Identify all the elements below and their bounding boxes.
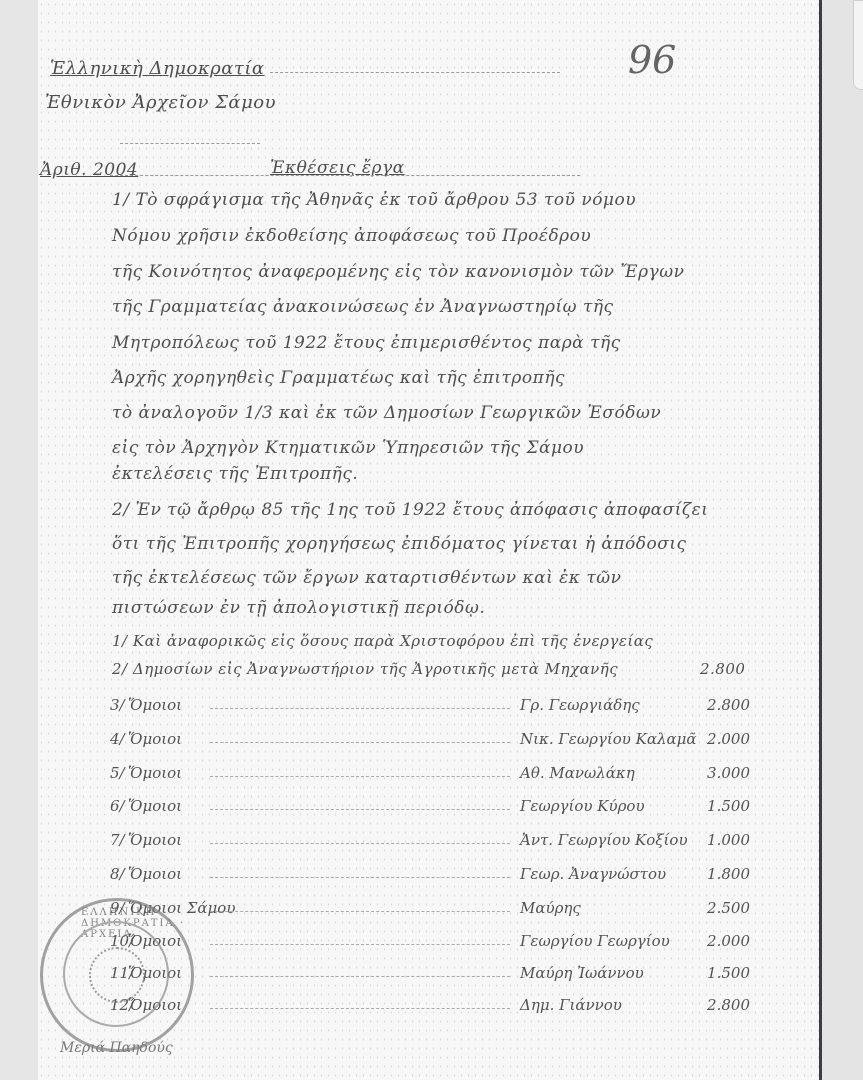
row-leader (210, 911, 510, 912)
body-line: ἐκτελέσεις τῆς Ἐπιτροπῆς. (112, 464, 358, 484)
list-intro-line: 1/ Καὶ ἀναφορικῶς εἰς ὅσους παρὰ Χριστοφ… (112, 632, 653, 650)
body-line: τὸ ἀναλογοῦν 1/3 καὶ ἐκ τῶν Δημοσίων Γεω… (112, 403, 661, 423)
body-line: εἰς τὸν Ἀρχηγὸν Κτηματικῶν Ὑπηρεσιῶν τῆς… (112, 438, 584, 458)
row-name: Μαύρης (520, 899, 581, 917)
viewer-panel-corner (853, 0, 863, 90)
list-intro-line: 2/ Δημοσίων εἰς Ἀναγνωστήριον τῆς Ἀγροτι… (112, 660, 618, 678)
row-index: 6/ (110, 797, 125, 815)
list-row: 11/ Ὅμοιοι Μαύρη Ἰωάννου 1.500 (110, 964, 750, 988)
row-label: Ὅμοιοι (128, 797, 182, 815)
row-name: Δημ. Γιάννου (520, 996, 622, 1014)
row-amount: 2.500 (707, 899, 750, 917)
list-row: 10/ Ὅμοιοι Γεωργίου Γεωργίου 2.000 (110, 932, 750, 956)
row-name: Γεωρ. Ἀναγνώστου (520, 865, 666, 883)
seal-emblem-icon (89, 947, 145, 1003)
row-label: Ὅμοιοι (128, 730, 182, 748)
list-row: 4/ Ὅμοιοι Νικ. Γεωργίου Καλαμᾶ 2.000 (110, 730, 750, 754)
header-rule (270, 72, 560, 74)
list-row: 6/ Ὅμοιοι Γεωργίου Κύρου 1.500 (110, 797, 750, 821)
list-amount: 2.800 (700, 660, 745, 678)
row-leader (210, 742, 510, 743)
row-label: Ὅμοιοι (128, 764, 182, 782)
row-amount: 2.800 (707, 996, 750, 1014)
row-name: Γρ. Γεωργιάδης (520, 696, 640, 714)
viewer-background (822, 0, 863, 1080)
reference-number: Ἀριθ. 2004 (40, 160, 138, 180)
official-stamp-seal: ΕΛΛΗΝΙΚΗ ΔΗΜΟΚΡΑΤΙΑ · ΑΡΧΕΙΑ (40, 898, 194, 1052)
row-index: 8/ (110, 865, 125, 883)
page-number: 96 (628, 38, 676, 82)
list-row: 8/ Ὅμοιοι Γεωρ. Ἀναγνώστου 1.800 (110, 865, 750, 889)
row-index: 7/ (110, 831, 125, 849)
row-label: Ὅμοιοι (128, 696, 182, 714)
body-line: ὅτι τῆς Ἐπιτροπῆς χορηγήσεως ἐπιδόματος … (112, 534, 687, 554)
list-row: 3/ Ὅμοιοι Γρ. Γεωργιάδης 2.800 (110, 696, 750, 720)
list-row: 9/ Ὅμοιοι Σάμου Μαύρης 2.500 (110, 899, 750, 923)
body-line: τῆς Γραμματείας ἀνακοινώσεως ἐν Ἀναγνωστ… (112, 297, 614, 317)
body-line: τῆς Κοινότητος ἀναφερομένης εἰς τὸν κανο… (112, 262, 684, 282)
row-name: Γεωργίου Κύρου (520, 797, 645, 815)
body-line: Ἀρχῆς χορηγηθεὶς Γραμματέως καὶ τῆς ἐπιτ… (112, 368, 565, 388)
handwritten-footnote: Μεριά Παηδούς (60, 1040, 173, 1056)
body-line: 2/ Ἐν τῷ ἄρθρῳ 85 τῆς 1ης τοῦ 1922 ἔτους… (112, 500, 708, 520)
list-row: 5/ Ὅμοιοι Αθ. Μανωλάκη 3.000 (110, 764, 750, 788)
row-amount: 1.500 (707, 964, 750, 982)
body-line: Μητροπόλεως τοῦ 1922 ἔτους ἐπιμερισθέντο… (112, 333, 621, 353)
body-line: 1/ Τὸ σφράγισμα τῆς Ἀθηνᾶς ἐκ τοῦ ἄρθρου… (112, 190, 636, 210)
separator-rule (120, 143, 260, 145)
row-amount: 1.800 (707, 865, 750, 883)
row-amount: 1.000 (707, 831, 750, 849)
row-index: 4/ (110, 730, 125, 748)
row-leader (210, 976, 510, 977)
body-line: Νόμου χρῆσιν ἐκδοθείσης ἀποφάσεως τοῦ Πρ… (112, 226, 591, 246)
row-name: Ἀντ. Γεωργίου Κοξίου (520, 831, 688, 849)
row-leader (210, 944, 510, 945)
list-row: 7/ Ὅμοιοι Ἀντ. Γεωργίου Κοξίου 1.000 (110, 831, 750, 855)
body-line: τῆς ἐκτελέσεως τῶν ἔργων καταρτισθέντων … (112, 568, 621, 588)
row-amount: 2.800 (707, 696, 750, 714)
row-label: Ὅμοιοι (128, 831, 182, 849)
row-amount: 2.000 (707, 932, 750, 950)
row-leader (210, 877, 510, 878)
row-leader (210, 708, 510, 709)
row-leader (210, 1008, 510, 1009)
row-name: Μαύρη Ἰωάννου (520, 964, 644, 982)
body-line: πιστώσεων ἐν τῇ ἀπολογιστικῇ περιόδῳ. (112, 598, 485, 618)
header-line-1: Ἑλληνικὴ Δημοκρατία (50, 58, 265, 79)
row-amount: 2.000 (707, 730, 750, 748)
row-index: 5/ (110, 764, 125, 782)
header-line-2: Ἐθνικὸν Ἀρχεῖον Σάμου (45, 92, 276, 113)
list-row: 12/ Ὅμοιοι Δημ. Γιάννου 2.800 (110, 996, 750, 1020)
row-name: Νικ. Γεωργίου Καλαμᾶ (520, 730, 697, 748)
row-leader (210, 809, 510, 810)
row-leader (210, 776, 510, 777)
row-name: Γεωργίου Γεωργίου (520, 932, 670, 950)
row-index: 3/ (110, 696, 125, 714)
row-name: Αθ. Μανωλάκη (520, 764, 635, 782)
row-amount: 3.000 (707, 764, 750, 782)
title-rule (110, 175, 580, 177)
row-leader (210, 843, 510, 844)
row-amount: 1.500 (707, 797, 750, 815)
row-label: Ὅμοιοι (128, 865, 182, 883)
